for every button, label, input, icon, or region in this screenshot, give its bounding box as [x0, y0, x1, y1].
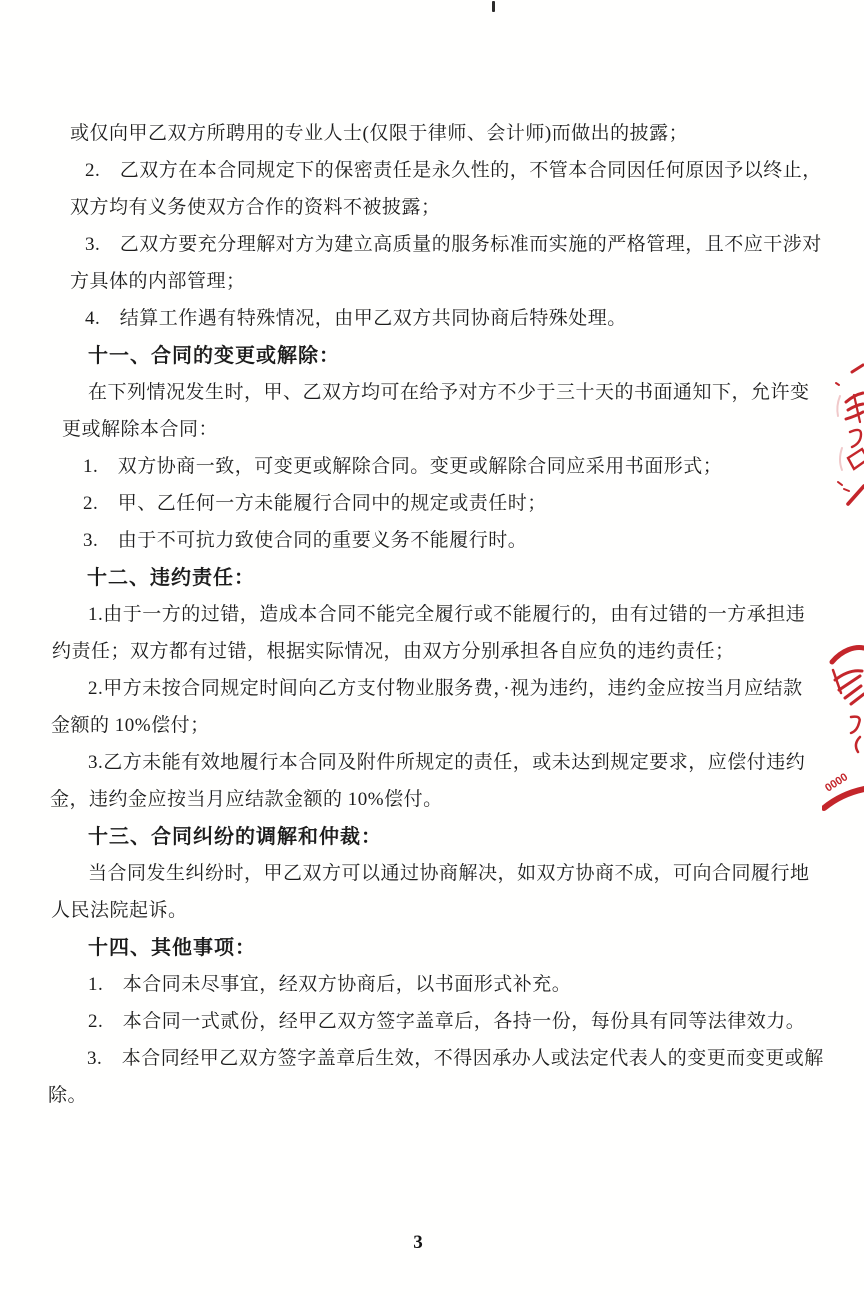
text-line: 3. 本合同经甲乙双方签字盖章后生效，不得因承办人或法定代表人的变更而变更或解 [87, 1046, 824, 1072]
text-line: 金额的 10%偿付； [51, 713, 210, 739]
section-heading: 十二、违约责任： [87, 565, 255, 591]
text-line: 3.乙方未能有效地履行本合同及附件所规定的责任，或未达到规定要求，应偿付违约 [88, 750, 805, 776]
text-line: 3. 乙双方要充分理解对方为建立高质量的服务标准而实施的严格管理，且不应干涉对 [85, 232, 822, 258]
text-line: 或仅向甲乙双方所聘用的专业人士(仅限于律师、会计师)而做出的披露； [70, 121, 688, 147]
text-line: 在下列情况发生时，甲、乙双方均可在给予对方不少于三十天的书面通知下，允许变 [88, 380, 810, 406]
section-heading: 十三、合同纠纷的调解和仲裁： [88, 824, 382, 850]
text-line: 更或解除本合同： [62, 417, 218, 443]
text-line: 双方均有义务使双方合作的资料不被披露； [70, 195, 441, 221]
text-line: 约责任；双方都有过错，根据实际情况，由双方分别承担各自应负的违约责任； [52, 639, 735, 665]
text-line: 1.由于一方的过错，造成本合同不能完全履行或不能履行的，由有过错的一方承担违 [88, 602, 805, 628]
text-line: 1. 本合同未尽事宜，经双方协商后，以书面形式补充。 [88, 972, 571, 998]
text-line: 2.甲方未按合同规定时间向乙方支付物业服务费，·视为违约，违约金应按当月应结款 [88, 676, 803, 702]
text-line: 除。 [48, 1083, 87, 1109]
document-text-layer: 或仅向甲乙双方所聘用的专业人士(仅限于律师、会计师)而做出的披露；2. 乙双方在… [0, 0, 864, 1296]
red-seal-fragment-upper [830, 362, 864, 508]
text-line: 2. 本合同一式贰份，经甲乙双方签字盖章后，各持一份，每份具有同等法律效力。 [88, 1009, 805, 1035]
text-line: 1. 双方协商一致，可变更或解除合同。变更或解除合同应采用书面形式； [83, 454, 722, 480]
seal-serial-digits: 0000 [823, 771, 850, 794]
section-heading: 十一、合同的变更或解除： [88, 343, 340, 369]
text-line: 人民法院起诉。 [51, 898, 188, 924]
text-line: 3. 由于不可抗力致使合同的重要义务不能履行时。 [83, 528, 527, 554]
page-number: 3 [404, 1232, 432, 1254]
red-seal-fragment-lower: 0000 [822, 640, 864, 812]
text-line: 方具体的内部管理； [70, 269, 246, 295]
document-page: 或仅向甲乙双方所聘用的专业人士(仅限于律师、会计师)而做出的披露；2. 乙双方在… [0, 0, 864, 1296]
section-heading: 十四、其他事项： [88, 935, 256, 961]
text-line: 当合同发生纠纷时，甲乙双方可以通过协商解决，如双方协商不成，可向合同履行地 [88, 861, 810, 887]
text-line: 2. 甲、乙任何一方未能履行合同中的规定或责任时； [83, 491, 547, 517]
text-line: 2. 乙双方在本合同规定下的保密责任是永久性的，不管本合同因任何原因予以终止， [85, 158, 822, 184]
text-line: 4. 结算工作遇有特殊情况，由甲乙双方共同协商后特殊处理。 [85, 306, 627, 332]
text-line: 金，违约金应按当月应结款金额的 10%偿付。 [50, 787, 443, 813]
